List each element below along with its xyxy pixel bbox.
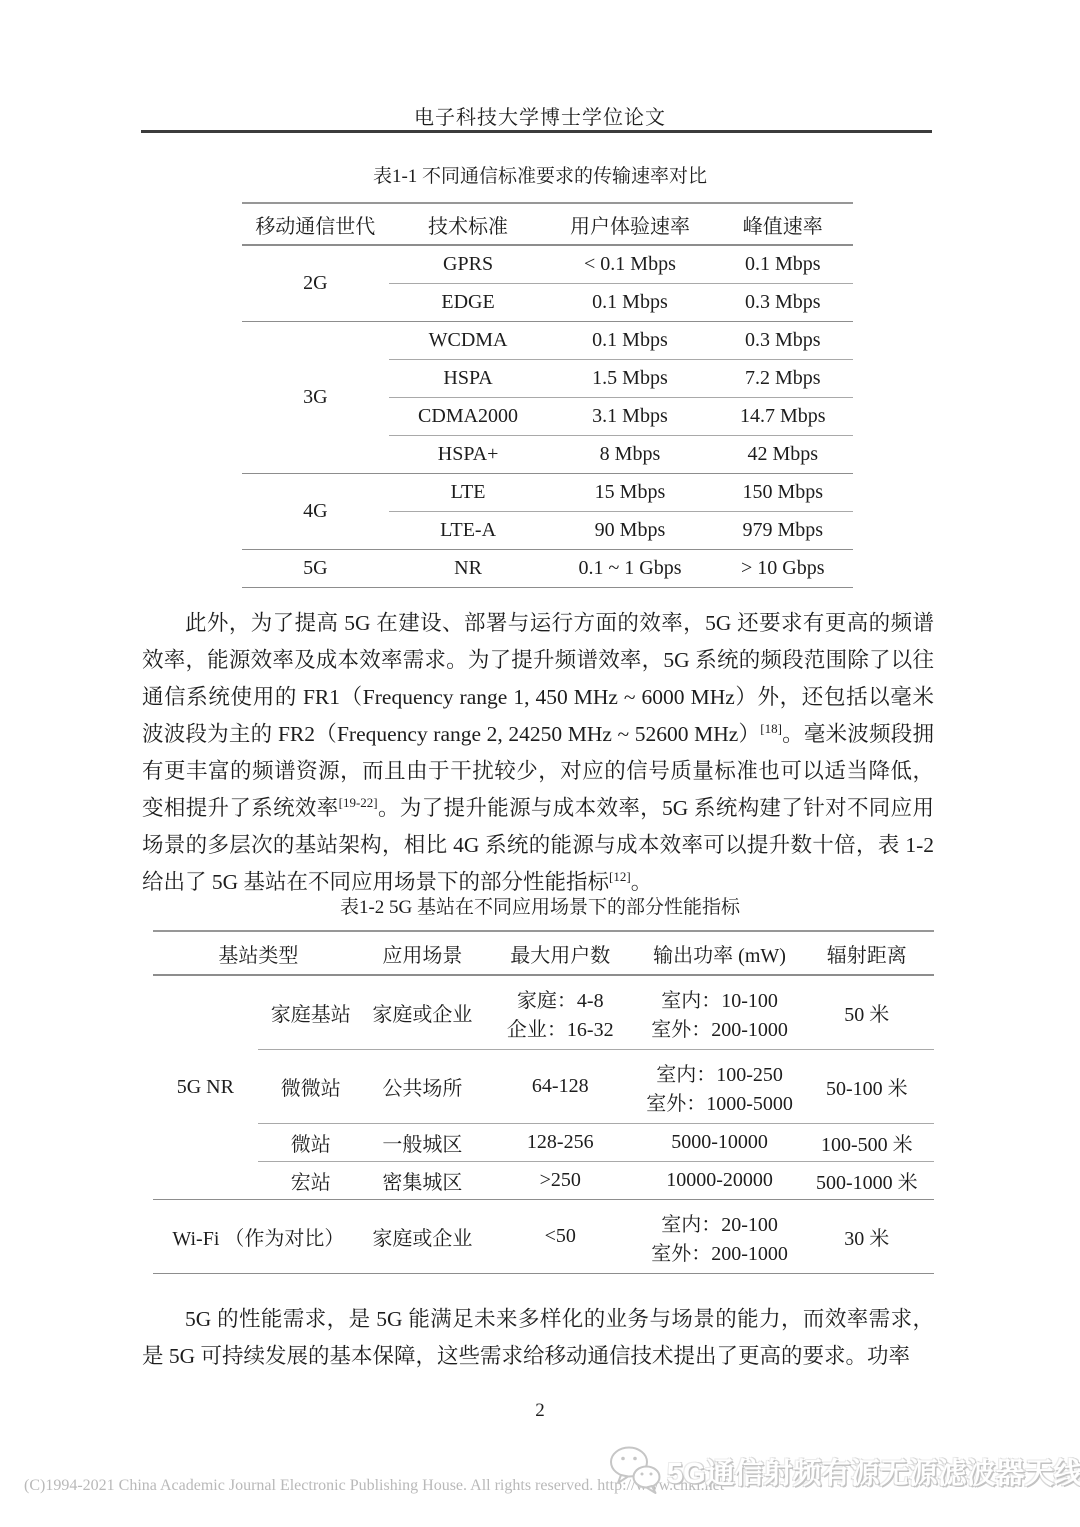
cell-line: 家庭或企业 [364,998,481,1027]
column-header-cell: 应用场景 [364,931,481,975]
generation-cell: 5G [242,550,389,588]
cell-line: 128-256 [481,1131,640,1154]
generation-cell: 4G [242,474,389,550]
column-header-cell: 输出功率 (mW) [640,931,800,975]
table-cell: 150 Mbps [712,474,853,512]
cell-line: 家庭或企业 [364,1222,481,1251]
column-header-cell: 最大用户数 [481,931,640,975]
cell-line: 企业：16-32 [481,1013,640,1042]
watermark-text: 5G通信射频有源无源滤波器天线 [667,1451,1080,1492]
citation-ref: [19-22] [339,794,378,809]
table-cell: 室内：10-100室外：200-1000 [640,975,800,1050]
text-segment: 5G 的性能需求，是 5G 能满足未来多样化的业务与场景的能力，而效率需求，是 … [142,1307,934,1368]
cell-line: 10000-20000 [640,1169,800,1192]
cell-line: 室外：200-1000 [640,1237,800,1266]
table-cell: < 0.1 Mbps [547,245,712,284]
cell-line: 100-500 米 [800,1128,934,1157]
table-row: 微微站公共场所64-128室内：100-250室外：1000-500050-10… [153,1050,934,1124]
table-cell: 公共场所 [364,1050,481,1124]
table-row: 微站一般城区128-2565000-10000100-500 米 [153,1124,934,1162]
cell-line: 500-1000 米 [800,1166,934,1195]
cell-line: 室外：1000-5000 [640,1087,800,1116]
table-row: 2GGPRS< 0.1 Mbps0.1 Mbps [242,245,853,284]
cell-line: >250 [481,1169,640,1192]
cell-line: 一般城区 [364,1128,481,1157]
table-cell: 128-256 [481,1124,640,1162]
table-row: 宏站密集城区>25010000-20000500-1000 米 [153,1162,934,1200]
table-cell: 0.3 Mbps [712,284,853,322]
table-cell: WCDMA [389,322,548,360]
table-cell: LTE-A [389,512,548,550]
table-cell: 8 Mbps [547,436,712,474]
table-cell: <50 [481,1200,640,1274]
table2-caption: 表1-2 5G 基站在不同应用场景下的部分性能指标 [0,892,1080,919]
paragraph-2: 5G 的性能需求，是 5G 能满足未来多样化的业务与场景的能力，而效率需求，是 … [142,1301,934,1375]
cell-line: 室内：100-250 [640,1058,800,1087]
running-head: 电子科技大学博士学位论文 [0,101,1080,130]
cell-line: 公共场所 [364,1072,481,1101]
table-cell: 宏站 [258,1162,364,1200]
table-cell: CDMA2000 [389,398,548,436]
table-row: 5GNR0.1 ~ 1 Gbps> 10 Gbps [242,550,853,588]
table-cell: 家庭：4-8企业：16-32 [481,975,640,1050]
table1-caption: 表1-1 不同通信标准要求的传输速率对比 [0,161,1080,188]
table-cell: 50-100 米 [800,1050,934,1124]
transmission-rate-table: 移动通信世代技术标准用户体验速率峰值速率2GGPRS< 0.1 Mbps0.1 … [242,202,853,588]
table-cell: 7.2 Mbps [712,360,853,398]
column-header-cell: 辐射距离 [800,931,934,975]
table-cell: 64-128 [481,1050,640,1124]
column-header-cell: 移动通信世代 [242,203,389,245]
table-cell: 50 米 [800,975,934,1050]
table-cell: >250 [481,1162,640,1200]
table-cell: 0.3 Mbps [712,322,853,360]
table-row: 5G NR家庭基站家庭或企业家庭：4-8企业：16-32室内：10-100室外：… [153,975,934,1050]
table-cell: 14.7 Mbps [712,398,853,436]
table-cell: LTE [389,474,548,512]
wechat-icon [608,1445,662,1497]
table-cell: 家庭或企业 [364,1200,481,1274]
table-cell: 42 Mbps [712,436,853,474]
header-rule [141,130,932,133]
cell-line: 64-128 [481,1075,640,1098]
table-cell: 0.1 Mbps [547,322,712,360]
cell-line: 50 米 [800,998,934,1027]
table-cell: 1.5 Mbps [547,360,712,398]
table-cell: 500-1000 米 [800,1162,934,1200]
cell-line: 5000-10000 [640,1131,800,1154]
table-cell: 0.1 Mbps [712,245,853,284]
table-cell: 30 米 [800,1200,934,1274]
table-cell: 3.1 Mbps [547,398,712,436]
citation-ref: [12] [609,868,631,883]
base-station-table: 基站类型应用场景最大用户数输出功率 (mW)辐射距离5G NR家庭基站家庭或企业… [153,930,934,1274]
table-cell: HSPA+ [389,436,548,474]
citation-ref: [18] [760,720,782,735]
page: 电子科技大学博士学位论文 表1-1 不同通信标准要求的传输速率对比 移动通信世代… [0,0,1080,1527]
cell-line: 宏站 [258,1166,364,1195]
table-cell: 一般城区 [364,1124,481,1162]
transmission-rate-table-wrap: 移动通信世代技术标准用户体验速率峰值速率2GGPRS< 0.1 Mbps0.1 … [242,202,853,588]
cell-line: 家庭基站 [258,998,364,1027]
watermark: 5G通信射频有源无源滤波器天线 [608,1445,1080,1497]
table-cell: 家庭或企业 [364,975,481,1050]
table-cell: 密集城区 [364,1162,481,1200]
column-header-cell: 技术标准 [389,203,548,245]
table-cell: 100-500 米 [800,1124,934,1162]
table-row: Wi-Fi （作为对比）家庭或企业<50室内：20-100室外：200-1000… [153,1200,934,1274]
table-cell: 979 Mbps [712,512,853,550]
base-station-table-wrap: 基站类型应用场景最大用户数输出功率 (mW)辐射距离5G NR家庭基站家庭或企业… [153,930,934,1274]
table-cell: 0.1 Mbps [547,284,712,322]
table-cell: 0.1 ~ 1 Gbps [547,550,712,588]
cell-line: 30 米 [800,1222,934,1251]
cell-line: 微微站 [258,1072,364,1101]
table-cell: HSPA [389,360,548,398]
table-cell: 10000-20000 [640,1162,800,1200]
table-cell: 15 Mbps [547,474,712,512]
table-cell: NR [389,550,548,588]
column-header-cell: 用户体验速率 [547,203,712,245]
column-header-cell: 峰值速率 [712,203,853,245]
generation-cell: 3G [242,322,389,474]
generation-cell: 2G [242,245,389,322]
table-header-row: 基站类型应用场景最大用户数输出功率 (mW)辐射距离 [153,931,934,975]
table-row: 3GWCDMA0.1 Mbps0.3 Mbps [242,322,853,360]
table-cell: EDGE [389,284,548,322]
cell-line: <50 [481,1225,640,1248]
station-group-cell: Wi-Fi （作为对比） [153,1200,364,1274]
cell-line: 室外：200-1000 [640,1013,800,1042]
table-cell: GPRS [389,245,548,284]
cell-line: 密集城区 [364,1166,481,1195]
cell-line: 室内：10-100 [640,984,800,1013]
table-cell: 室内：100-250室外：1000-5000 [640,1050,800,1124]
table-cell: 90 Mbps [547,512,712,550]
station-group-cell: 5G NR [153,975,258,1200]
table-header-row: 移动通信世代技术标准用户体验速率峰值速率 [242,203,853,245]
table-cell: 家庭基站 [258,975,364,1050]
table-cell: 微站 [258,1124,364,1162]
table-cell: 5000-10000 [640,1124,800,1162]
column-header-cell: 基站类型 [153,931,364,975]
page-number: 2 [0,1400,1080,1422]
cell-line: 室内：20-100 [640,1208,800,1237]
table-cell: > 10 Gbps [712,550,853,588]
cell-line: 微站 [258,1128,364,1157]
text-segment: 。 [631,870,653,894]
paragraph-1: 此外，为了提高 5G 在建设、部署与运行方面的效率，5G 还要求有更高的频谱效率… [142,605,934,901]
table-cell: 室内：20-100室外：200-1000 [640,1200,800,1274]
table-row: 4GLTE15 Mbps150 Mbps [242,474,853,512]
cell-line: 家庭：4-8 [481,984,640,1013]
cell-line: 50-100 米 [800,1072,934,1101]
table-cell: 微微站 [258,1050,364,1124]
